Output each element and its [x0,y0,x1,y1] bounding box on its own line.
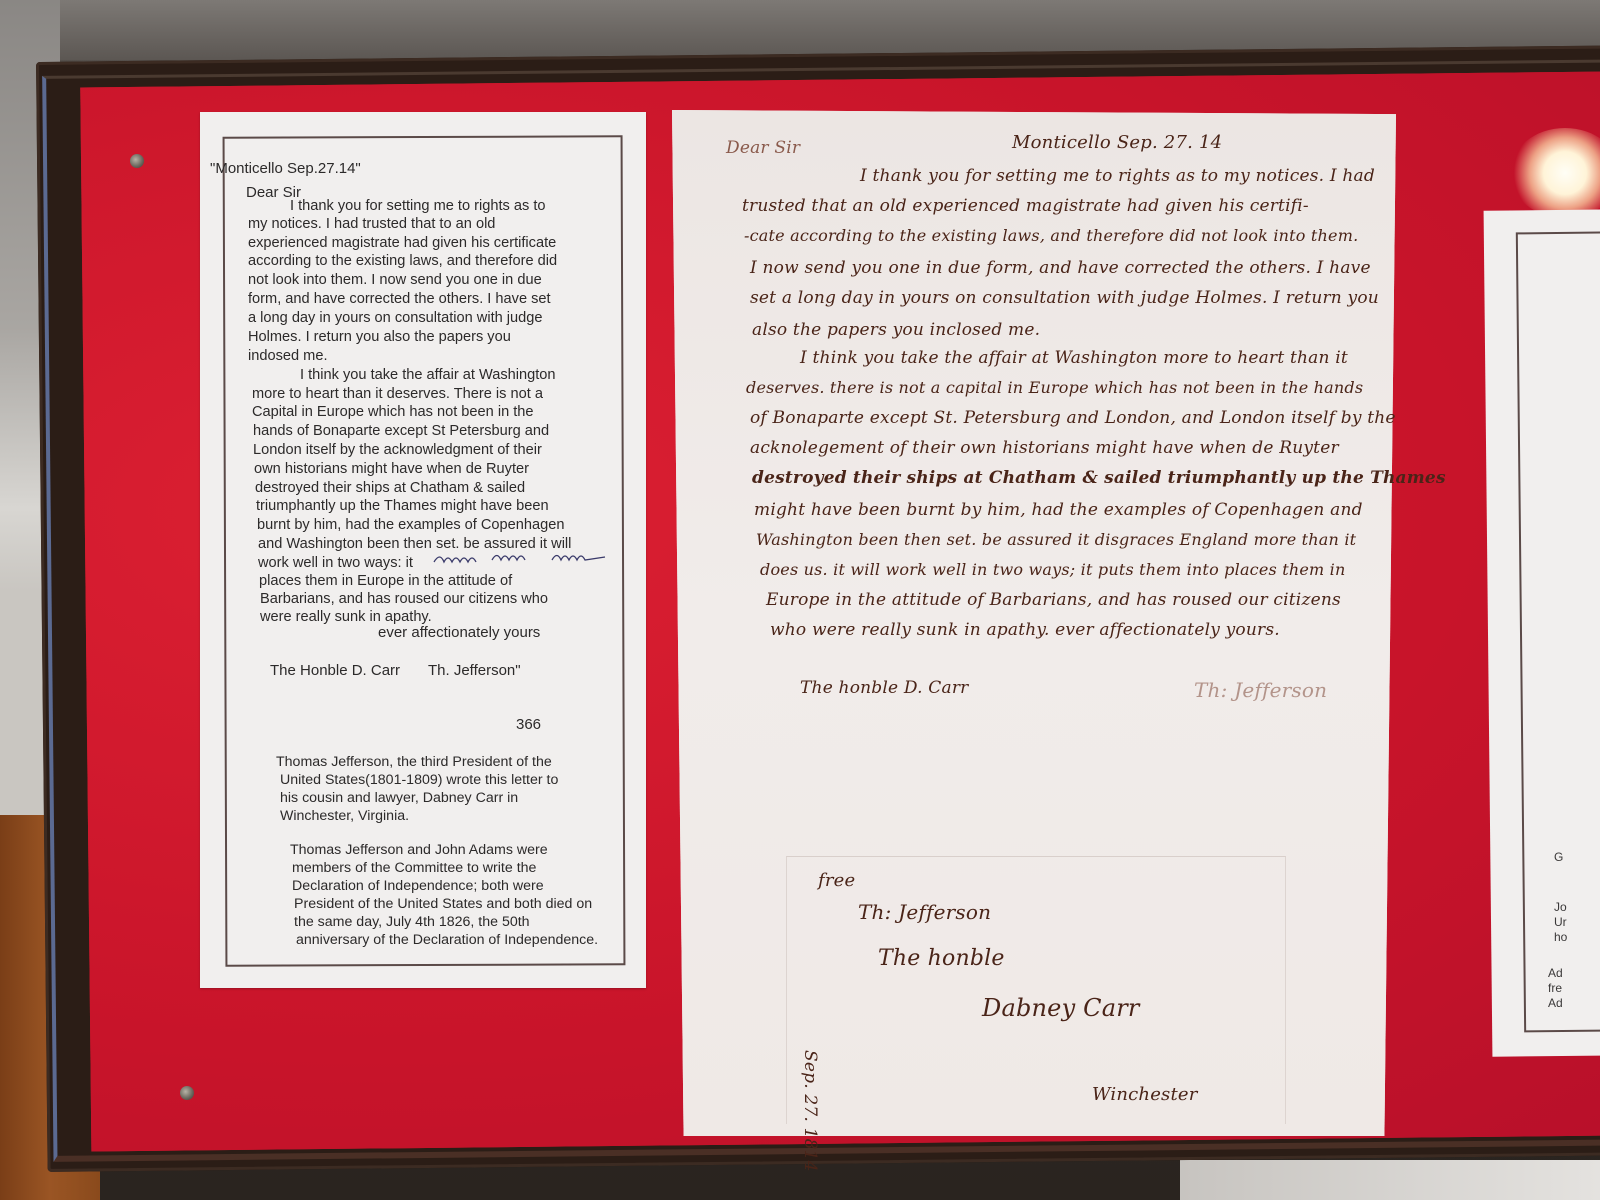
transcription-signer: Th. Jefferson" [428,662,521,679]
envelope-cover [786,856,1286,1124]
letter-line: I think you take the affair at Washingto… [800,348,1348,368]
letter-line: Europe in the attitude of Barbarians, an… [766,590,1341,610]
letter-line: Washington been then set. be assured it … [756,530,1356,549]
transcription-line: form, and have corrected the others. I h… [248,290,596,308]
letter-line: set a long day in yours on consultation … [750,288,1379,308]
transcription-line: a long day in yours on consultation with… [248,309,596,327]
letter-line: also the papers you inclosed me. [752,320,1040,340]
screw-icon [130,154,144,168]
letter-line: might have been burnt by him, had the ex… [754,500,1363,520]
letter-line: destroyed their ships at Chatham & saile… [752,468,1446,488]
floor-background-right [1180,1160,1600,1200]
note-line: Winchester, Virginia. [280,808,620,826]
transcription-closing: ever affectionately yours [378,624,540,641]
adjacent-card-text: ho [1554,930,1567,944]
transcription-date: "Monticello Sep.27.14" [210,160,361,177]
envelope-docket: Sep. 27. 1814 [800,1050,820,1172]
transcription-addressee: The Honble D. Carr [270,662,400,679]
envelope-line-3: Winchester [1092,1084,1198,1105]
transcription-line: places them in Europe in the attitude of [259,572,607,590]
transcription-line: own historians might have when de Ruyter [254,460,602,478]
note-line: anniversary of the Declaration of Indepe… [296,932,636,950]
letter-line: trusted that an old experienced magistra… [742,196,1309,216]
transcription-line: I think you take the affair at Washingto… [300,366,648,384]
transcription-line: more to heart than it deserves. There is… [252,385,600,403]
envelope-line-2: Dabney Carr [982,994,1140,1022]
transcription-line: according to the existing laws, and ther… [248,252,596,270]
letter-line: who were really sunk in apathy. ever aff… [770,620,1280,640]
transcription-line: not look into them. I now send you one i… [248,271,596,289]
transcription-line: destroyed their ships at Chatham & saile… [255,479,603,497]
note-line: Declaration of Independence; both were [292,878,632,896]
adjacent-card-text: Ur [1554,915,1567,929]
transcription-line: hands of Bonaparte except St Petersburg … [253,422,601,440]
envelope-line-1: The honble [878,946,1005,971]
transcription-line: my notices. I had trusted that to an old [248,215,596,233]
letter-addressee: The honble D. Carr [800,678,969,698]
note-line: President of the United States and both … [294,896,634,914]
transcription-line: burnt by him, had the examples of Copenh… [257,516,605,534]
adjacent-card-text: G [1554,850,1563,864]
letter-line: I now send you one in due form, and have… [750,258,1371,278]
screw-icon [180,1086,194,1100]
note-line: his cousin and lawyer, Dabney Carr in [280,790,620,808]
adjacent-card-text: fre [1548,981,1562,995]
transcription-line: London itself by the acknowledgment of t… [253,441,601,459]
transcription-line: Holmes. I return you also the papers you [248,328,596,346]
transcription-line: experienced magistrate had given his cer… [248,234,596,252]
letter-salutation: Dear Sir [726,138,800,158]
letter-line: of Bonaparte except St. Petersburg and L… [750,408,1396,428]
note-line: members of the Committee to write the [292,860,632,878]
letter-line: deserves. there is not a capital in Euro… [746,378,1363,397]
adjacent-card-text: Jo [1554,900,1567,914]
envelope-frank: free [818,870,855,891]
transcription-line: triumphantly up the Thames might have be… [256,497,604,515]
adjacent-card [1484,209,1600,1056]
letter-signature: Th: Jefferson [1194,678,1327,702]
letter-dateline: Monticello Sep. 27. 14 [1012,132,1222,153]
adjacent-card-text: Ad [1548,966,1563,980]
transcription-line: Barbarians, and has roused our citizens … [260,590,608,608]
page-number: 366 [516,716,541,733]
handwritten-insertion-scribble [432,548,612,568]
letter-line: does us. it will work well in two ways; … [760,560,1346,579]
letter-line: acknolegement of their own historians mi… [750,438,1339,458]
note-line: Thomas Jefferson, the third President of… [276,754,616,772]
letter-line: -cate according to the existing laws, an… [744,226,1358,245]
note-line: Thomas Jefferson and John Adams were [290,842,630,860]
note-line: United States(1801-1809) wrote this lett… [280,772,620,790]
transcription-line: I thank you for setting me to rights as … [290,197,638,215]
adjacent-card-text: Ad [1548,996,1563,1010]
note-line: the same day, July 4th 1826, the 50th [294,914,634,932]
envelope-frank-signature: Th: Jefferson [858,900,991,924]
transcription-line: Capital in Europe which has not been in … [252,403,600,421]
transcription-line: indosed me. [248,347,596,365]
letter-line: I thank you for setting me to rights as … [860,166,1375,186]
